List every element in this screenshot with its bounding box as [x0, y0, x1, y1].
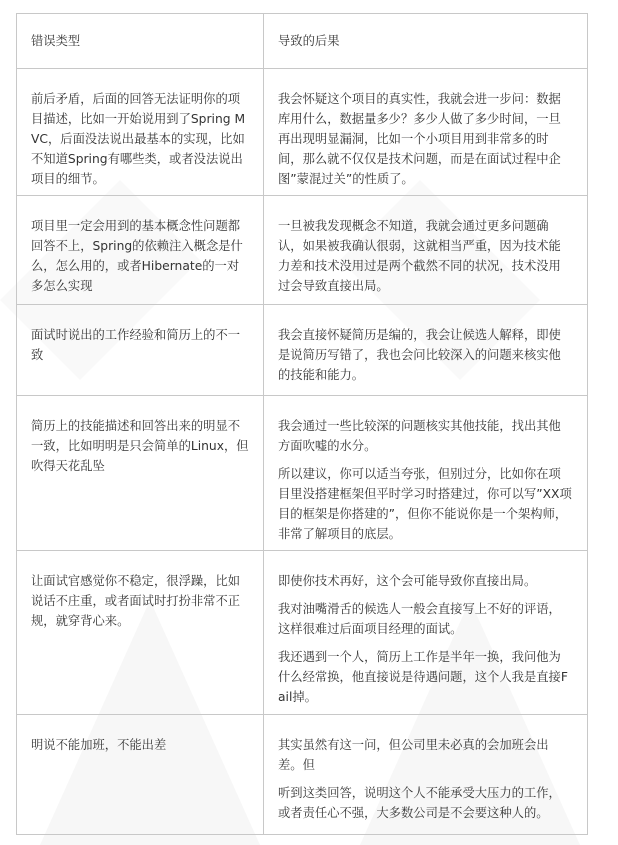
consequence-text: 我对油嘴滑舌的候选人一般会直接写上不好的评语，这样很难过后面项目经理的面试。 [278, 599, 573, 639]
consequence-text: 我会通过一些比较深的问题核实其他技能，找出其他方面吹嘘的水分。 [278, 416, 573, 456]
consequence-cell: 一旦被我发现概念不知道，我就会通过更多问题确认，如果被我确认很弱，这就相当严重，… [264, 196, 588, 305]
header-cell-consequence: 导致的后果 [264, 14, 588, 69]
consequence-text: 所以建议，你可以适当夸张，但别过分，比如你在项目里没搭建框架但平时学习时搭建过，… [278, 464, 573, 544]
table-row: 面试时说出的工作经验和简历上的不一致 我会直接怀疑简历是编的，我会让候选人解释，… [17, 305, 588, 396]
header-label: 导致的后果 [278, 34, 340, 48]
error-cell: 面试时说出的工作经验和简历上的不一致 [17, 305, 264, 396]
consequence-text: 我会直接怀疑简历是编的，我会让候选人解释，即使是说简历写错了，我也会问比较深入的… [278, 325, 573, 385]
table-header-row: 错误类型 导致的后果 [17, 14, 588, 69]
error-cell: 项目里一定会用到的基本概念性问题都回答不上，Spring的依赖注入概念是什么，怎… [17, 196, 264, 305]
consequence-cell: 我会怀疑这个项目的真实性，我就会进一步问：数据库用什么，数据量多少？多少人做了多… [264, 69, 588, 196]
table-row: 明说不能加班，不能出差 其实虽然有这一问，但公司里未必真的会加班会出差。但 听到… [17, 715, 588, 835]
error-cell: 让面试官感觉你不稳定，很浮躁，比如说话不庄重，或者面试时打扮非常不正规，就穿背心… [17, 551, 264, 715]
error-consequence-table: 错误类型 导致的后果 前后矛盾，后面的回答无法证明你的项目描述，比如一开始说用到… [16, 13, 588, 835]
consequence-cell: 其实虽然有这一问，但公司里未必真的会加班会出差。但 听到这类回答，说明这个人不能… [264, 715, 588, 835]
consequence-text: 听到这类回答，说明这个人不能承受大压力的工作，或者责任心不强，大多数公司是不会要… [278, 783, 573, 823]
error-cell: 简历上的技能描述和回答出来的明显不一致，比如明明是只会简单的Linux，但吹得天… [17, 396, 264, 551]
error-cell: 前后矛盾，后面的回答无法证明你的项目描述，比如一开始说用到了Spring MVC… [17, 69, 264, 196]
consequence-text: 我还遇到一个人，简历上工作是半年一换，我问他为什么经常换，他直接说是待遇问题，这… [278, 647, 573, 707]
table-row: 简历上的技能描述和回答出来的明显不一致，比如明明是只会简单的Linux，但吹得天… [17, 396, 588, 551]
header-cell-error-type: 错误类型 [17, 14, 264, 69]
consequence-text: 我会怀疑这个项目的真实性，我就会进一步问：数据库用什么，数据量多少？多少人做了多… [278, 89, 573, 189]
error-text: 前后矛盾，后面的回答无法证明你的项目描述，比如一开始说用到了Spring MVC… [31, 89, 249, 189]
error-cell: 明说不能加班，不能出差 [17, 715, 264, 835]
error-text: 项目里一定会用到的基本概念性问题都回答不上，Spring的依赖注入概念是什么，怎… [31, 216, 249, 296]
table-row: 让面试官感觉你不稳定，很浮躁，比如说话不庄重，或者面试时打扮非常不正规，就穿背心… [17, 551, 588, 715]
error-text: 明说不能加班，不能出差 [31, 735, 249, 755]
consequence-cell: 即使你技术再好，这个会可能导致你直接出局。 我对油嘴滑舌的候选人一般会直接写上不… [264, 551, 588, 715]
table-row: 前后矛盾，后面的回答无法证明你的项目描述，比如一开始说用到了Spring MVC… [17, 69, 588, 196]
error-text: 面试时说出的工作经验和简历上的不一致 [31, 325, 249, 365]
error-text: 简历上的技能描述和回答出来的明显不一致，比如明明是只会简单的Linux，但吹得天… [31, 416, 249, 476]
consequence-cell: 我会通过一些比较深的问题核实其他技能，找出其他方面吹嘘的水分。 所以建议，你可以… [264, 396, 588, 551]
consequence-text: 即使你技术再好，这个会可能导致你直接出局。 [278, 571, 573, 591]
consequence-text: 一旦被我发现概念不知道，我就会通过更多问题确认，如果被我确认很弱，这就相当严重，… [278, 216, 573, 296]
consequence-text: 其实虽然有这一问，但公司里未必真的会加班会出差。但 [278, 735, 573, 775]
table-row: 项目里一定会用到的基本概念性问题都回答不上，Spring的依赖注入概念是什么，怎… [17, 196, 588, 305]
error-text: 让面试官感觉你不稳定，很浮躁，比如说话不庄重，或者面试时打扮非常不正规，就穿背心… [31, 571, 249, 631]
consequence-cell: 我会直接怀疑简历是编的，我会让候选人解释，即使是说简历写错了，我也会问比较深入的… [264, 305, 588, 396]
header-label: 错误类型 [31, 34, 80, 48]
